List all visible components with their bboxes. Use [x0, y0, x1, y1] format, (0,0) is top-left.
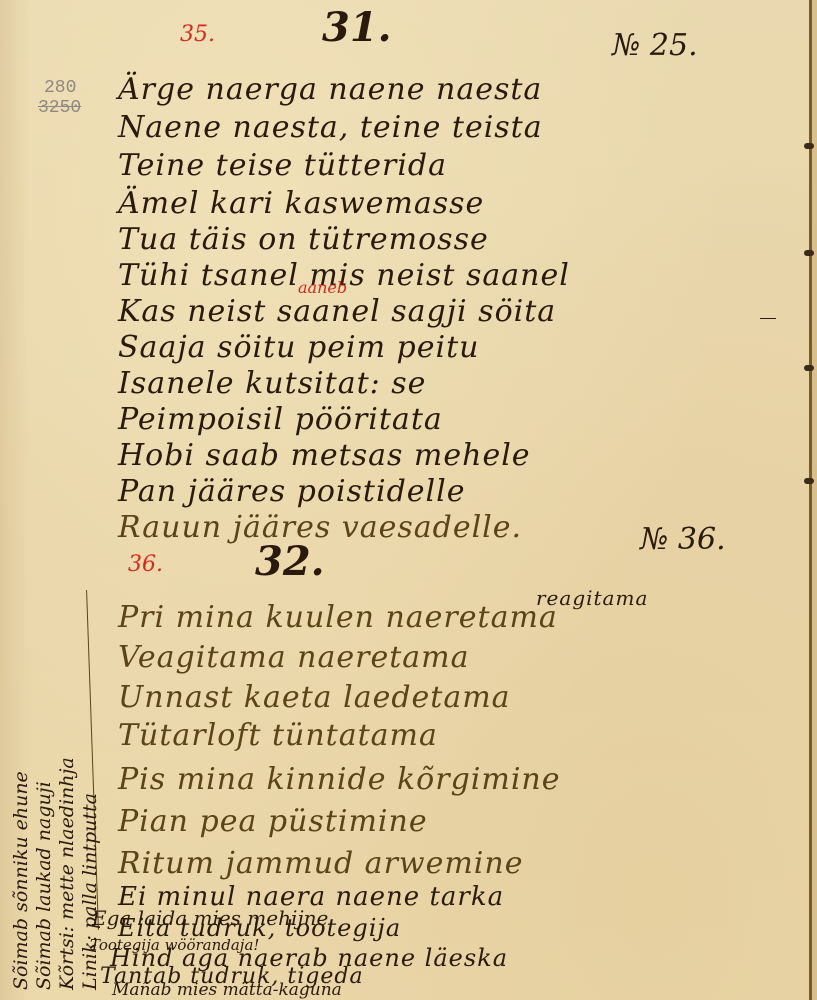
binding-stitch — [804, 250, 814, 256]
verse-line: Ämel kari kaswemasse — [118, 186, 484, 221]
verse-line: Pian pea püstimine — [118, 804, 428, 839]
verse-line: Tua täis on tütremosse — [118, 222, 489, 257]
verse-line: Tütarloft tüntatama — [118, 718, 438, 753]
song-number-label: № 36. — [640, 522, 726, 557]
verse-line: Veagitama naeretama — [118, 640, 470, 675]
page-number: 32. — [255, 538, 325, 585]
verse-line: Pri mina kuulen naeretama — [118, 600, 558, 635]
verse-line: Unnast kaeta laedetama — [118, 680, 511, 715]
left-margin-notes: Sõimab sõnniku ehune Sõimab laukad naguj… — [10, 757, 102, 990]
manuscript-page: 280 3250 35. 31. № 25. Ärge naerga naene… — [0, 0, 817, 1000]
archive-number-struck: 3250 — [38, 98, 81, 118]
verse-line: Ritum jammud arwemine — [118, 846, 523, 881]
verse-line: Teine teise tütterida — [118, 148, 447, 183]
song-number-label: № 25. — [612, 28, 698, 63]
margin-line: Linik: palla lintputta — [79, 757, 102, 990]
binding-stitch — [804, 478, 814, 484]
verse-line: Peimpoisil pööritata — [118, 402, 443, 437]
binding-stitch — [804, 143, 814, 149]
verse-line: Kas neist saanel sagji söita — [118, 294, 556, 329]
verse-line: Ärge naerga naene naesta — [118, 72, 542, 107]
red-song-number: 35. — [180, 22, 215, 47]
page-edge — [812, 0, 817, 1000]
binding-stitch — [804, 365, 814, 371]
verse-line: Pis mina kinnide kõrgimine — [118, 762, 561, 797]
verse-line: Isanele kutsitat: se — [118, 366, 426, 401]
margin-line: Kõrtsi: mette nlaedinhja — [56, 757, 79, 990]
verse-line: Hobi saab metsas mehele — [118, 438, 531, 473]
page-number: 31. — [322, 4, 392, 51]
red-song-number: 36. — [128, 552, 163, 577]
verse-line: Saaja söitu peim peitu — [118, 330, 479, 365]
interlinear-note: Mañab mies mätta-kaguna — [112, 980, 342, 1000]
archive-number-top: 280 — [44, 78, 76, 98]
margin-line: Sõimab laukad naguji — [33, 757, 56, 990]
margin-line: Sõimab sõnniku ehune — [10, 757, 33, 990]
stray-mark — [760, 318, 776, 319]
verse-line: Pan jääres poistidelle — [118, 474, 466, 509]
verse-line: Naene naesta, teine teista — [118, 110, 543, 145]
